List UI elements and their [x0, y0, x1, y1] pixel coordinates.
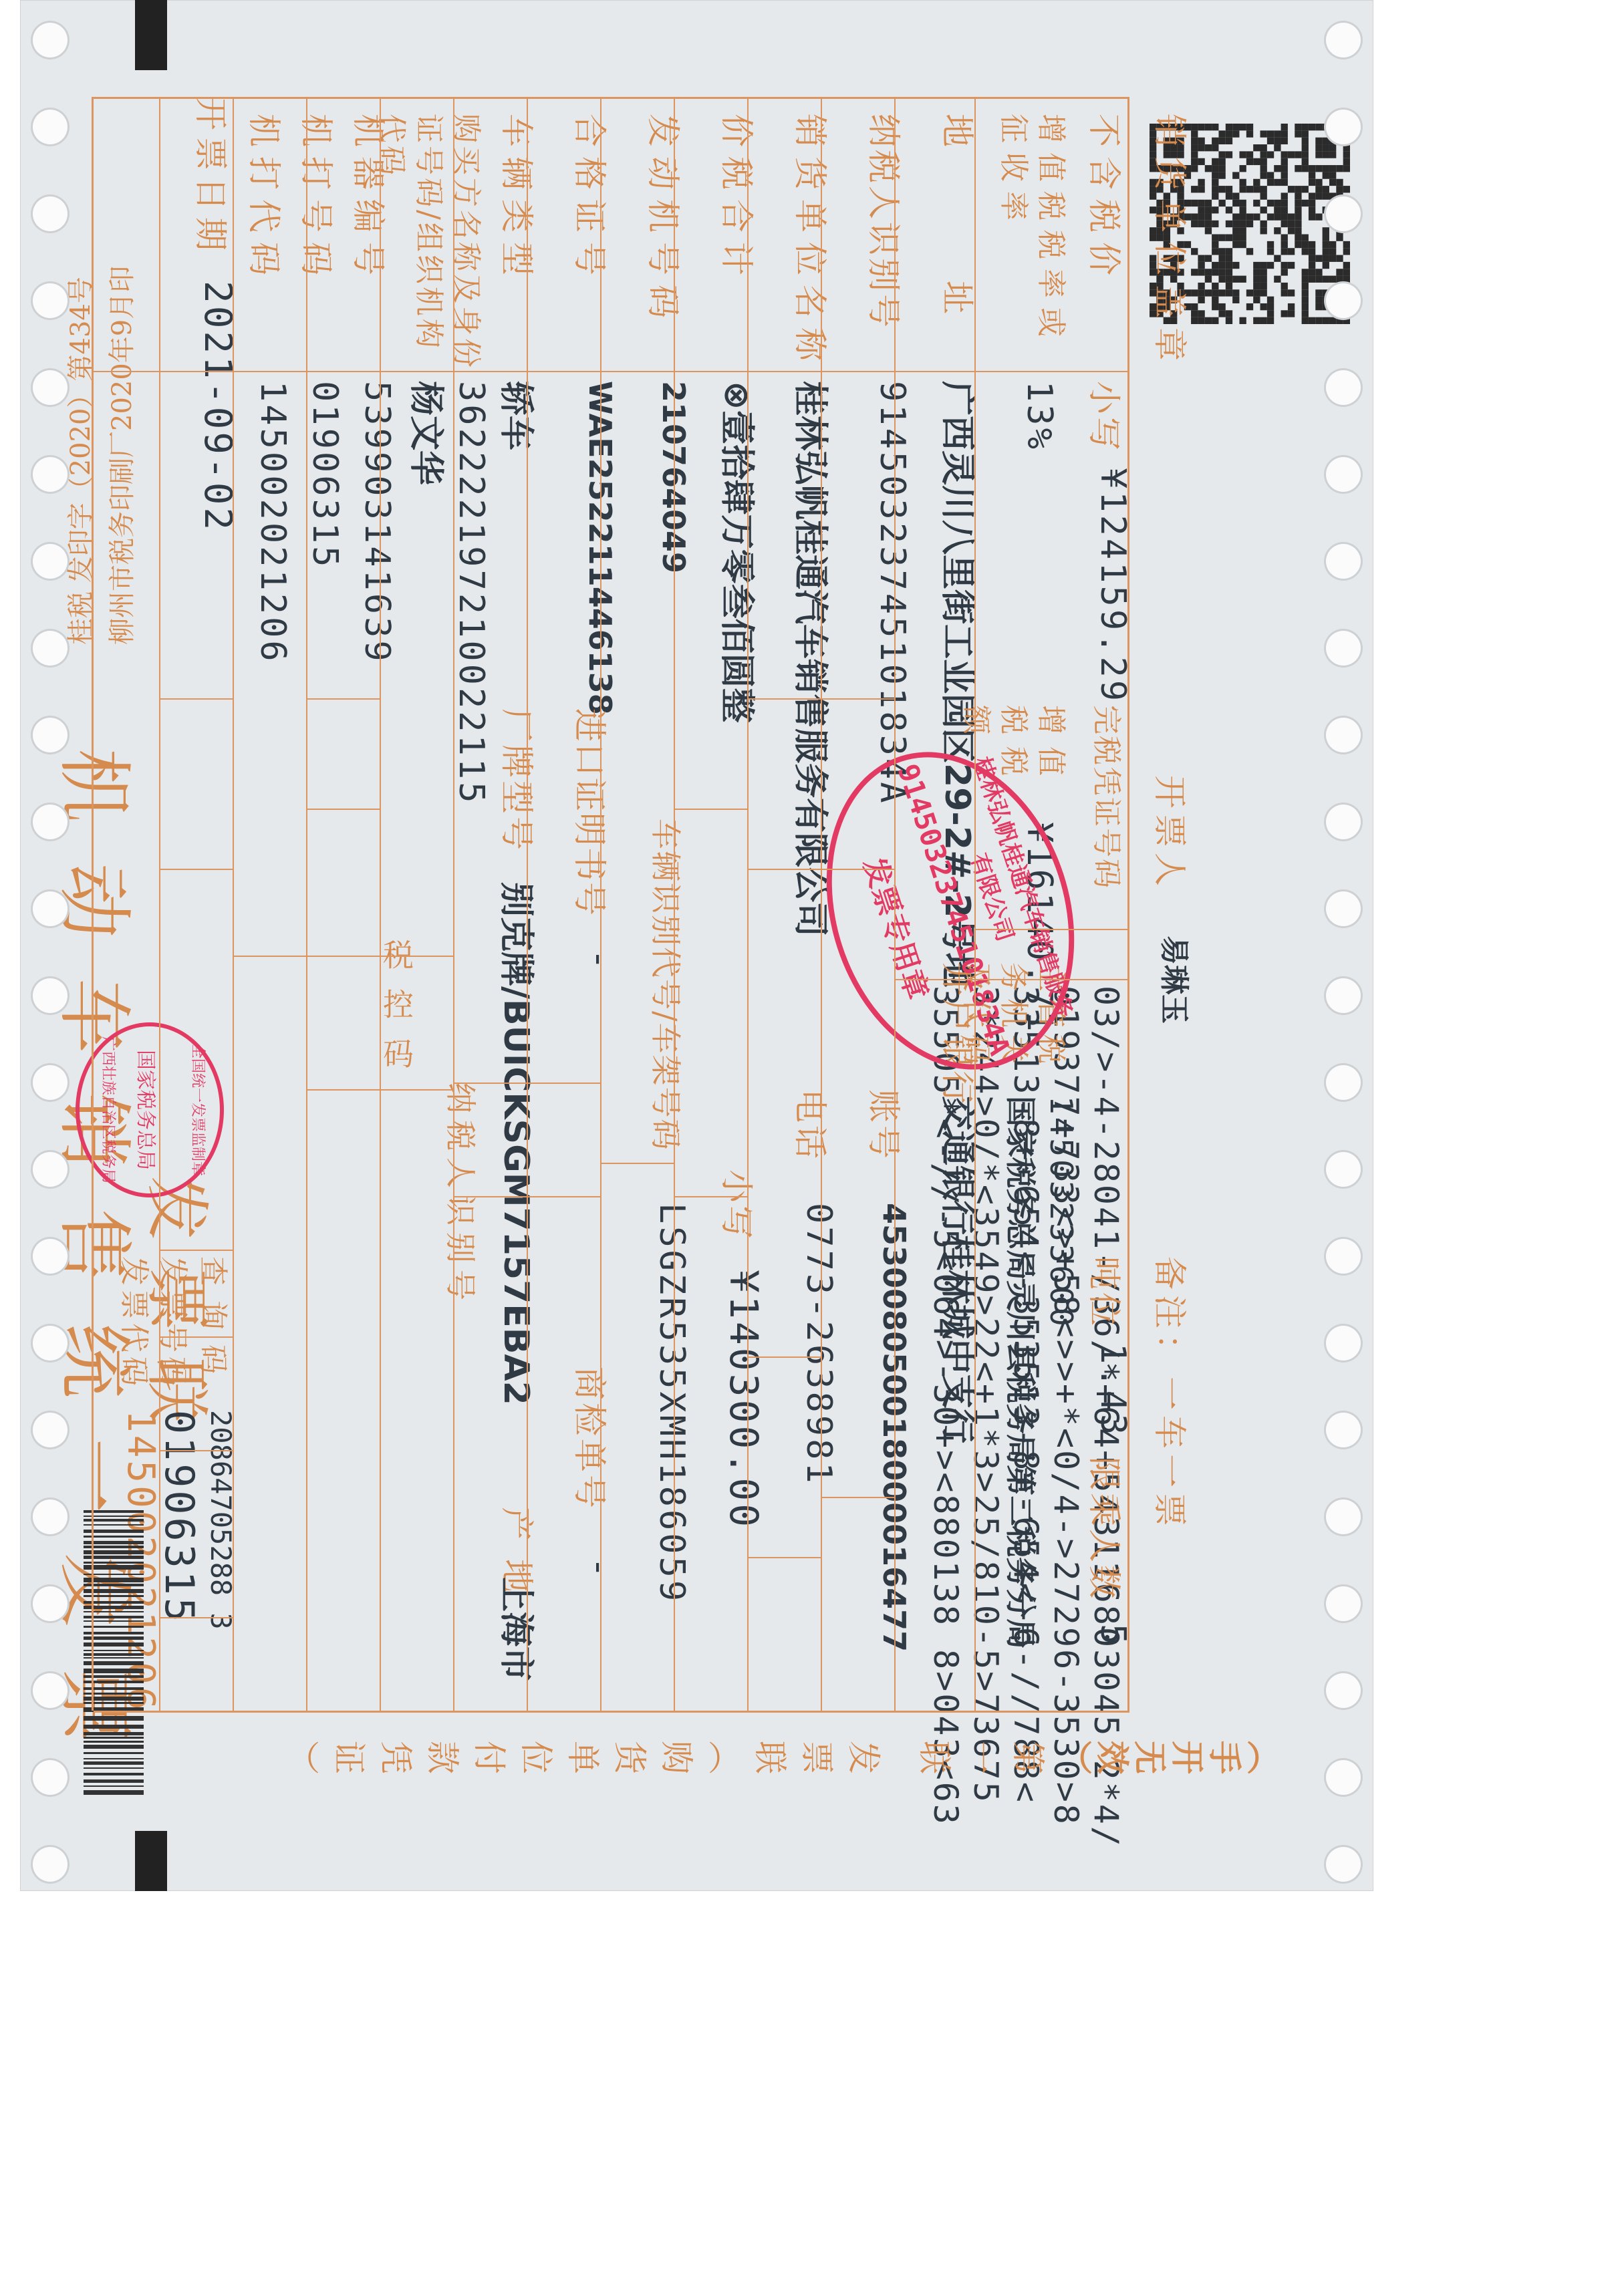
total-label: 价税合计 — [715, 114, 763, 285]
buyer-id: 362222197210022115 — [451, 381, 491, 806]
brand-model-label: 厂牌型号 — [495, 708, 543, 853]
sprocket-hole — [33, 283, 68, 318]
sprocket-hole — [1326, 1152, 1361, 1187]
sprocket-hole — [1326, 1326, 1361, 1360]
sprocket-hole — [33, 457, 68, 492]
machine-code: 145002021206 — [253, 381, 293, 664]
grid-line — [160, 869, 234, 870]
tonnage-label: 吨位 — [1083, 1256, 1131, 1328]
supervision-stamp: 全国统一发票监制章 国家税务总局 广西壮族自治区税务局 — [76, 1022, 224, 1197]
grid-line — [306, 97, 307, 1711]
grid-line — [233, 97, 234, 1711]
grid-line — [821, 1356, 822, 1497]
phone: 0773-2638981 — [799, 1203, 839, 1486]
handwritten-invalid-note: （手开无效） — [1055, 1731, 1280, 1779]
grid-line — [749, 1356, 822, 1358]
sprocket-hole — [1326, 196, 1361, 231]
sprocket-hole — [1326, 110, 1361, 144]
grid-line — [94, 371, 1129, 372]
tax-authority-code: 14503233600 — [1043, 1096, 1079, 1329]
grid-line — [527, 1083, 528, 1196]
machine-serial: 539903141639 — [357, 381, 397, 664]
certificate-label: 合格证号 — [568, 114, 616, 285]
seller-taxid: 91450323745101834A — [872, 381, 912, 806]
sprocket-hole — [1326, 1413, 1361, 1447]
total-small-label: 小写 — [715, 1169, 763, 1242]
grid-line — [749, 698, 896, 700]
vin-label: 车辆识别代号/车架号码 — [646, 819, 690, 1151]
grid-line — [674, 97, 675, 1711]
sprocket-hole — [1326, 283, 1361, 318]
sprocket-hole — [1326, 631, 1361, 666]
issuer-label: 开票人 — [1148, 775, 1196, 891]
sprocket-hole — [33, 1239, 68, 1274]
machine-number-label: 机打号码 — [295, 114, 343, 285]
grid-line — [307, 698, 381, 700]
grid-line — [160, 1250, 234, 1251]
price-excl-tax: ¥124159.29 — [1093, 468, 1133, 704]
passengers: 5 — [1093, 1624, 1133, 1647]
grid-line — [896, 979, 1129, 980]
grid-line — [380, 97, 381, 1711]
grid-line — [92, 97, 94, 1711]
brand-model: 别克牌/BUICKSGM7157EBA2 — [495, 882, 545, 1405]
sprocket-hole — [33, 1499, 68, 1534]
invoice-number: 01906315 — [156, 1410, 203, 1624]
sprocket-hole — [33, 891, 68, 926]
grid-line — [821, 698, 822, 869]
grid-line — [380, 956, 381, 1089]
buyer-name: 杨文华 — [404, 381, 454, 485]
sprocket-hole — [1326, 718, 1361, 752]
sprocket-hole — [33, 110, 68, 144]
bank: 交通银行桂林城中支行 — [936, 1096, 986, 1443]
sprocket-hole — [1326, 1760, 1361, 1795]
grid-line — [307, 1089, 454, 1091]
grid-line — [747, 97, 749, 1711]
phone-label: 电话 — [789, 1089, 837, 1161]
grid-line — [453, 97, 454, 1711]
sprocket-hole — [1326, 1499, 1361, 1534]
sprocket-hole — [33, 1065, 68, 1100]
query-code-label: 查询码 — [194, 1256, 237, 1389]
price-small-label: 小写 — [1083, 381, 1131, 453]
sprocket-hole — [33, 1586, 68, 1621]
tax-rate: 13% — [1019, 381, 1059, 452]
registration-mark — [135, 1831, 167, 1891]
grid-line — [894, 97, 896, 1711]
invoice-number-label: 发票号码 — [154, 1256, 197, 1390]
sprocket-hole — [1326, 978, 1361, 1013]
grid-line — [160, 698, 234, 700]
grid-line — [454, 1196, 601, 1197]
sprocket-hole — [33, 805, 68, 839]
grid-line — [160, 1450, 234, 1451]
grid-line — [601, 1163, 675, 1164]
invoice-code-label: 发票代码 — [116, 1256, 158, 1390]
grid-line — [160, 1617, 234, 1618]
grid-line — [822, 1497, 896, 1498]
import-cert-label: 进口证明书号 — [568, 708, 616, 917]
engine-label: 发动机号码 — [642, 114, 690, 327]
sprocket-hole — [33, 1152, 68, 1187]
sprocket-hole — [1326, 1586, 1361, 1621]
vin: LSGZR535XMH186059 — [652, 1203, 692, 1604]
sprocket-hole — [1326, 1847, 1361, 1882]
grid-line — [974, 97, 976, 1711]
sprocket-hole — [33, 718, 68, 752]
remark-label: 备注： — [1148, 1256, 1196, 1373]
sprocket-hole — [1326, 805, 1361, 839]
inspection-no: - — [579, 1557, 620, 1580]
sprocket-hole — [33, 370, 68, 405]
tax-paid-voucher-label: 完税凭证号码 — [1088, 705, 1131, 889]
grid-line — [749, 869, 896, 870]
issuer: 易琳玉 — [1156, 936, 1198, 1024]
buyer-label: 购买方名称及身份证号码/组织机构代码 — [372, 114, 485, 381]
sprocket-hole — [33, 978, 68, 1013]
sprocket-hole — [33, 1413, 68, 1447]
grid-line — [234, 956, 381, 957]
seller-name-label: 销货单位名称 — [789, 114, 837, 370]
grid-line — [454, 1083, 601, 1084]
seller-seal-label: 销货单位盖章 — [1148, 114, 1196, 370]
inspection-label: 商检单号 — [568, 1367, 616, 1511]
invoice-form: 机动车销售统一发票 发票联 全国统一发票监制章 国家税务总局 广西壮族自治区税务… — [20, 0, 1373, 1891]
sprocket-hole — [1326, 370, 1361, 405]
buyer-taxid-label: 纳税人识别号 — [440, 1083, 485, 1307]
sprocket-hole — [1326, 544, 1361, 579]
sprocket-hole — [1326, 1673, 1361, 1708]
price-excl-tax-label: 不含税价 — [1083, 114, 1131, 285]
registration-mark — [135, 0, 167, 70]
remark: 一车一票 — [1148, 1377, 1196, 1532]
sprocket-hole — [1326, 23, 1361, 57]
copy-note: 第一联 发票联（购货单位付款凭证） — [273, 1731, 1046, 1779]
sprocket-hole — [1326, 1239, 1361, 1274]
import-cert: - — [579, 949, 620, 972]
sprocket-hole — [33, 631, 68, 666]
machine-number: 01906315 — [305, 381, 345, 569]
grid-line — [675, 809, 749, 810]
tonnage: 1.43 — [1093, 1343, 1133, 1437]
vehicle-type-label: 车辆类型 — [495, 114, 543, 285]
grid-line — [749, 1557, 822, 1558]
vehicle-type: 轿车 — [495, 381, 545, 450]
grid-line — [675, 1196, 749, 1197]
origin: 上海市 — [495, 1577, 545, 1681]
sprocket-hole — [33, 196, 68, 231]
grid-line — [527, 97, 528, 1711]
total-small: ¥140300.00 — [721, 1270, 767, 1530]
passengers-label: 限乘人数 — [1083, 1457, 1131, 1601]
grid-line — [94, 1711, 1129, 1713]
machine-code-label: 机打代码 — [243, 114, 291, 285]
total-capital: ⊗壹拾肆万零叁佰圆整 — [715, 381, 765, 723]
account-label: 账号 — [862, 1089, 910, 1161]
sprocket-hole — [33, 1760, 68, 1795]
sprocket-hole — [1326, 1065, 1361, 1100]
sprocket-hole — [33, 1326, 68, 1360]
grid-line — [159, 97, 160, 1711]
grid-line — [160, 1336, 234, 1338]
sprocket-hole — [33, 1847, 68, 1882]
grid-line — [976, 929, 1129, 930]
sprocket-hole — [1326, 891, 1361, 926]
grid-line — [307, 809, 381, 810]
sprocket-hole — [33, 544, 68, 579]
issue-date-label: 开票日期 — [189, 97, 237, 257]
tax-rate-label: 增值税税率或征收率 — [994, 114, 1069, 354]
grid-line — [600, 97, 601, 1711]
seller-taxid-label: 纳税人识别号 — [862, 114, 910, 330]
grid-line — [381, 956, 454, 957]
sprocket-hole — [33, 23, 68, 57]
sprocket-hole — [33, 1673, 68, 1708]
tax-authority-name: 国家税务总局灵川县税务局第二税务分局 — [1000, 1096, 1045, 1649]
grid-line — [1127, 97, 1129, 1711]
sprocket-hole — [1326, 457, 1361, 492]
invoice-paper: 机动车销售统一发票 发票联 全国统一发票监制章 国家税务总局 广西壮族自治区税务… — [20, 0, 1373, 1891]
